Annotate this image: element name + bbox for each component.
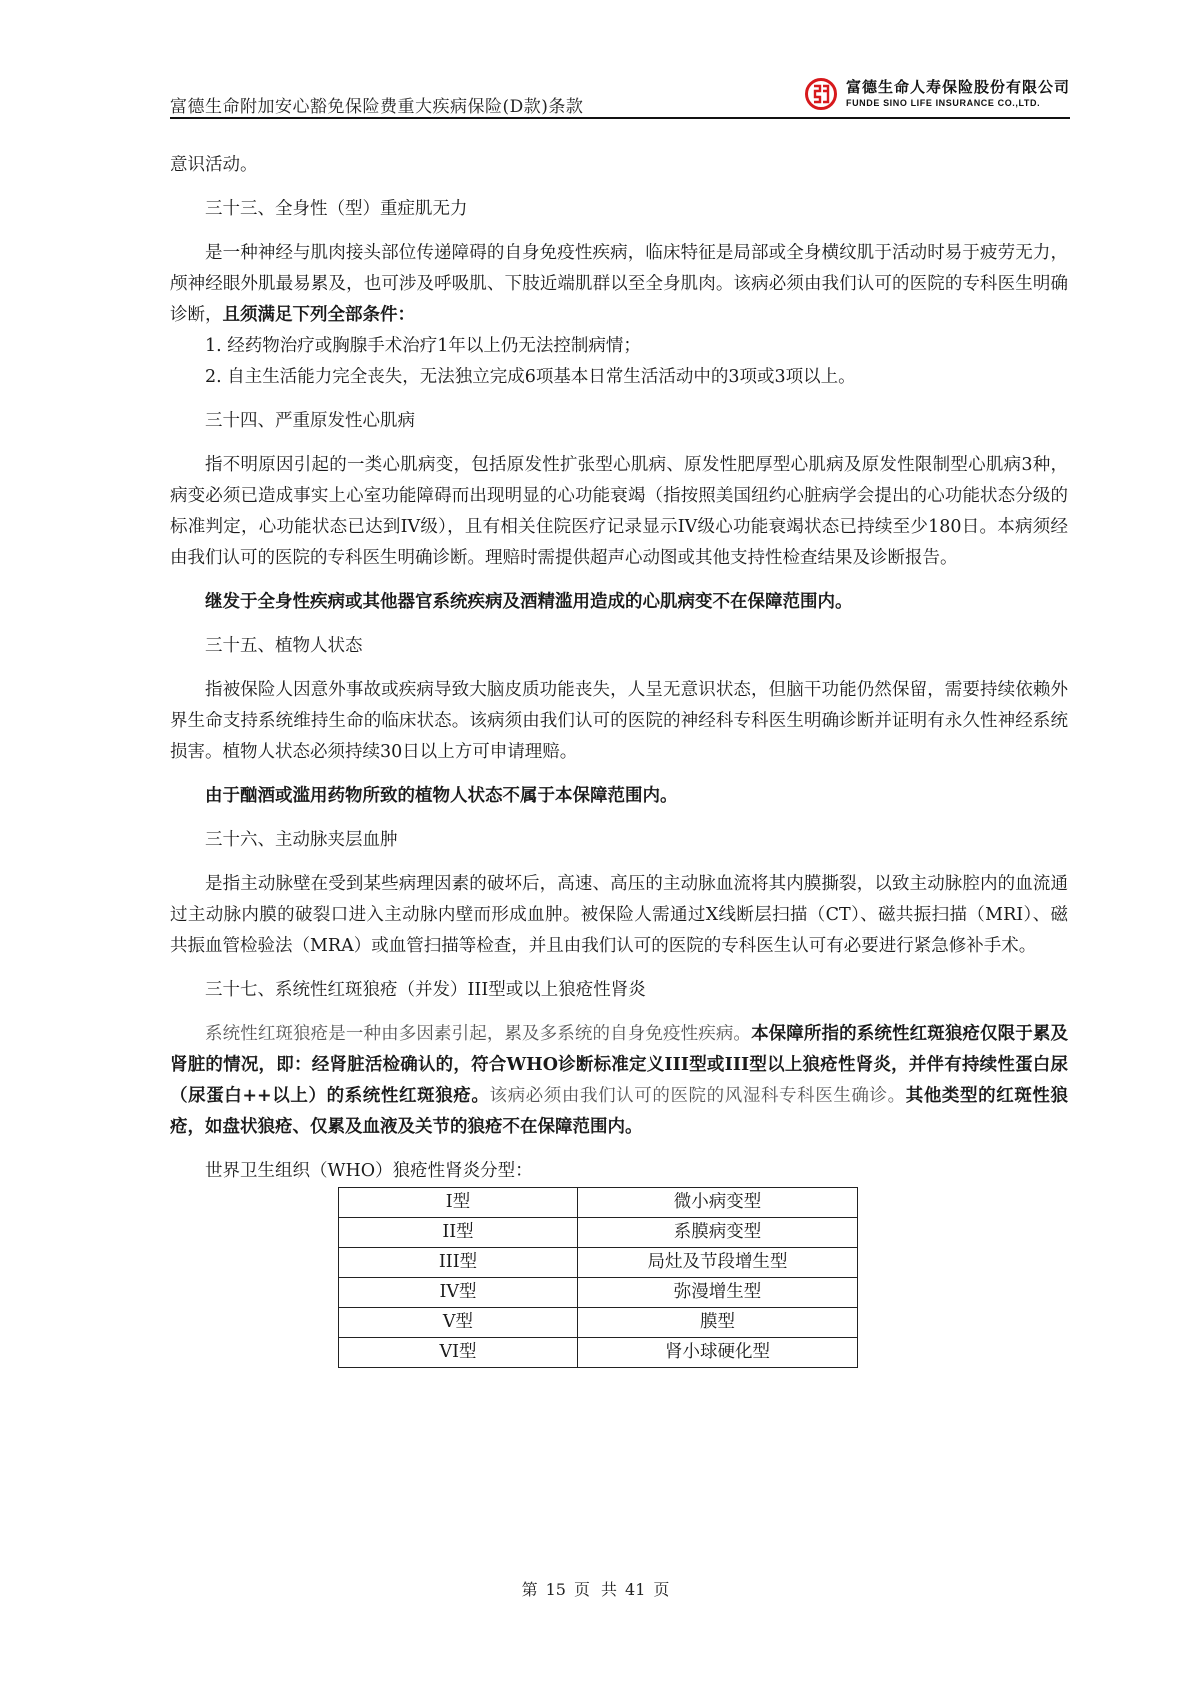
paragraph-continuation: 意识活动。 bbox=[170, 150, 1068, 181]
who-classification-table-wrap: I型 微小病变型 II型 系膜病变型 III型 局灶及节段增生型 IV型 弥漫增… bbox=[338, 1187, 1068, 1368]
page-footer: 第15页 共41页 bbox=[0, 1577, 1191, 1600]
who-classification-table: I型 微小病变型 II型 系膜病变型 III型 局灶及节段增生型 IV型 弥漫增… bbox=[338, 1187, 858, 1368]
table-cell-type: III型 bbox=[339, 1248, 578, 1278]
document-title: 富德生命附加安心豁免保险费重大疾病保险(D款)条款 bbox=[170, 92, 583, 117]
section-body-33: 是一种神经与肌肉接头部位传递障碍的自身免疫性疾病，临床特征是局部或全身横纹肌于活… bbox=[170, 238, 1068, 331]
company-logo: 富德生命人寿保险股份有限公司 FUNDE SINO LIFE INSURANCE… bbox=[804, 74, 1070, 114]
header-divider bbox=[170, 117, 1070, 119]
table-row: IV型 弥漫增生型 bbox=[339, 1278, 858, 1308]
company-name-en: FUNDE SINO LIFE INSURANCE CO.,LTD. bbox=[846, 99, 1070, 108]
current-page-number: 15 bbox=[546, 1580, 566, 1599]
page-prefix: 第 bbox=[522, 1580, 538, 1599]
table-cell-name: 弥漫增生型 bbox=[578, 1278, 858, 1308]
table-row: II型 系膜病变型 bbox=[339, 1218, 858, 1248]
page-mid: 页 共 bbox=[574, 1580, 617, 1599]
table-row: VI型 肾小球硬化型 bbox=[339, 1338, 858, 1368]
table-row: I型 微小病变型 bbox=[339, 1188, 858, 1218]
table-cell-type: IV型 bbox=[339, 1278, 578, 1308]
page-header: 富德生命附加安心豁免保险费重大疾病保险(D款)条款 富德生命人寿保险股份有限公司… bbox=[170, 70, 1070, 118]
list-item: 1. 经药物治疗或胸腺手术治疗1年以上仍无法控制病情； bbox=[170, 331, 1068, 362]
table-cell-name: 膜型 bbox=[578, 1308, 858, 1338]
table-cell-type: II型 bbox=[339, 1218, 578, 1248]
section-heading-37: 三十七、系统性红斑狼疮（并发）III型或以上狼疮性肾炎 bbox=[170, 975, 1068, 1006]
section-heading-34: 三十四、严重原发性心肌病 bbox=[170, 406, 1068, 437]
section-heading-36: 三十六、主动脉夹层血肿 bbox=[170, 825, 1068, 856]
body-text: 该病必须由我们认可的医院的风湿科专科医生确诊。 bbox=[489, 1086, 905, 1106]
table-cell-name: 局灶及节段增生型 bbox=[578, 1248, 858, 1278]
body-text: 系统性红斑狼疮是一种由多因素引起，累及多系统的自身免疫性疾病。 bbox=[205, 1024, 751, 1044]
total-page-count: 41 bbox=[625, 1580, 645, 1599]
section-body-34: 指不明原因引起的一类心肌病变，包括原发性扩张型心肌病、原发性肥厚型心肌病及原发性… bbox=[170, 450, 1068, 574]
company-logo-icon bbox=[804, 77, 838, 111]
section-body-37: 系统性红斑狼疮是一种由多因素引起，累及多系统的自身免疫性疾病。本保障所指的系统性… bbox=[170, 1019, 1068, 1143]
table-cell-type: I型 bbox=[339, 1188, 578, 1218]
table-caption: 世界卫生组织（WHO）狼疮性肾炎分型： bbox=[170, 1156, 1068, 1187]
section-body-35: 指被保险人因意外事故或疾病导致大脑皮质功能丧失，人呈无意识状态，但脑干功能仍然保… bbox=[170, 675, 1068, 768]
section-heading-35: 三十五、植物人状态 bbox=[170, 631, 1068, 662]
table-cell-type: VI型 bbox=[339, 1338, 578, 1368]
section-body-36: 是指主动脉壁在受到某些病理因素的破坏后，高速、高压的主动脉血流将其内膜撕裂，以致… bbox=[170, 869, 1068, 962]
table-cell-name: 系膜病变型 bbox=[578, 1218, 858, 1248]
section-heading-33: 三十三、全身性（型）重症肌无力 bbox=[170, 194, 1068, 225]
list-item: 2. 自主生活能力完全丧失，无法独立完成6项基本日常生活活动中的3项或3项以上。 bbox=[170, 362, 1068, 393]
body-text-bold: 且须满足下列全部条件： bbox=[223, 305, 416, 325]
table-cell-type: V型 bbox=[339, 1308, 578, 1338]
table-row: V型 膜型 bbox=[339, 1308, 858, 1338]
exclusion-note-35: 由于酗酒或滥用药物所致的植物人状态不属于本保障范围内。 bbox=[170, 781, 1068, 812]
table-cell-name: 肾小球硬化型 bbox=[578, 1338, 858, 1368]
table-row: III型 局灶及节段增生型 bbox=[339, 1248, 858, 1278]
document-body: 意识活动。 三十三、全身性（型）重症肌无力 是一种神经与肌肉接头部位传递障碍的自… bbox=[170, 150, 1068, 1368]
page-suffix: 页 bbox=[653, 1580, 669, 1599]
company-name-cn: 富德生命人寿保险股份有限公司 bbox=[846, 80, 1070, 95]
table-cell-name: 微小病变型 bbox=[578, 1188, 858, 1218]
exclusion-note-34: 继发于全身性疾病或其他器官系统疾病及酒精滥用造成的心肌病变不在保障范围内。 bbox=[170, 587, 1068, 618]
